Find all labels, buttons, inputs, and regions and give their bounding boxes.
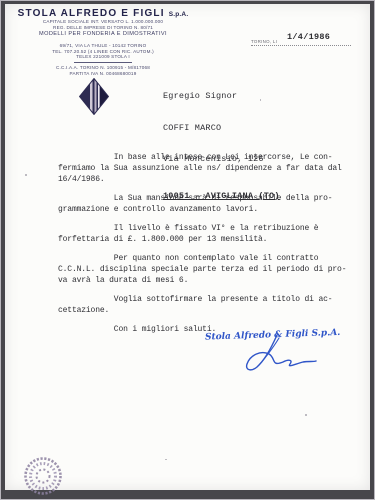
scan-speck [305, 414, 307, 416]
telex-line: TELEX 221009 STOLA I [17, 54, 189, 60]
company-name: STOLA ALFREDO E FIGLI S.p.A. [17, 8, 189, 19]
paragraph-3: Il livello è fissato VI° e la retribuzio… [58, 223, 358, 245]
scan-speck [260, 99, 261, 101]
embossed-seal-icon [23, 456, 63, 500]
letterhead: STOLA ALFREDO E FIGLI S.p.A. CAPITALE SO… [17, 8, 189, 77]
body-line: va avrà la durata di mesi 6. [58, 275, 358, 286]
recipient-name: COFFI MARCO [163, 123, 280, 134]
scan-border: STOLA ALFREDO E FIGLI S.p.A. CAPITALE SO… [1, 1, 374, 499]
scan-speck [25, 174, 27, 176]
place-date-label: TORINO, LI [251, 39, 277, 44]
body-line: Il livello è fissato VI° e la retribuzio… [58, 223, 358, 234]
paragraph-4: Per quanto non contemplato vale il contr… [58, 253, 358, 286]
recipient-salutation: Egregio Signor [163, 91, 280, 102]
tagline: MODELLI PER FONDERIA E DIMOSTRATIVI [17, 31, 189, 38]
body-line: La Sua mansione sarà di responsabile del… [58, 193, 358, 204]
body-line: grammazione e controllo avanzamento lavo… [58, 204, 358, 215]
body-line: Voglia sottofirmare la presente a titolo… [58, 294, 358, 305]
registry-line: REG. DELLE IMPRESE DI TORINO N. 80/71 [17, 25, 189, 31]
company-name-text: STOLA ALFREDO E FIGLI [18, 8, 165, 19]
letter-body: In base alle intese con Lei intercorse, … [58, 152, 358, 343]
letterhead-divider [74, 62, 132, 63]
paragraph-1: In base alle intese con Lei intercorse, … [58, 152, 358, 185]
paragraph-2: La Sua mansione sarà di responsabile del… [58, 193, 358, 215]
body-line: 16/4/1986. [58, 174, 358, 185]
scanned-letter-image: STOLA ALFREDO E FIGLI S.p.A. CAPITALE SO… [0, 0, 375, 500]
body-line: fermiamo la Sua assunzione alle ns/ dipe… [58, 163, 358, 174]
body-line: forfettaria di £. 1.800.000 per 13 mensi… [58, 234, 358, 245]
company-diamond-logo-icon [79, 78, 109, 120]
letter-page: STOLA ALFREDO E FIGLI S.p.A. CAPITALE SO… [5, 4, 370, 490]
company-suffix: S.p.A. [169, 11, 189, 18]
signature-block: Stola Alfredo & Figli S.p.A. [205, 330, 355, 378]
handwritten-signature [233, 334, 323, 381]
body-line: C.C.N.L. disciplina speciale parte terza… [58, 264, 358, 275]
date-rule [251, 45, 351, 46]
scan-speck [165, 459, 167, 460]
body-line: cettazione. [58, 305, 358, 316]
body-line: In base alle intese con Lei intercorse, … [58, 152, 358, 163]
typed-date: 1/4/1986 [287, 32, 330, 42]
paragraph-5: Voglia sottofirmare la presente a titolo… [58, 294, 358, 316]
body-line: Per quanto non contemplato vale il contr… [58, 253, 358, 264]
